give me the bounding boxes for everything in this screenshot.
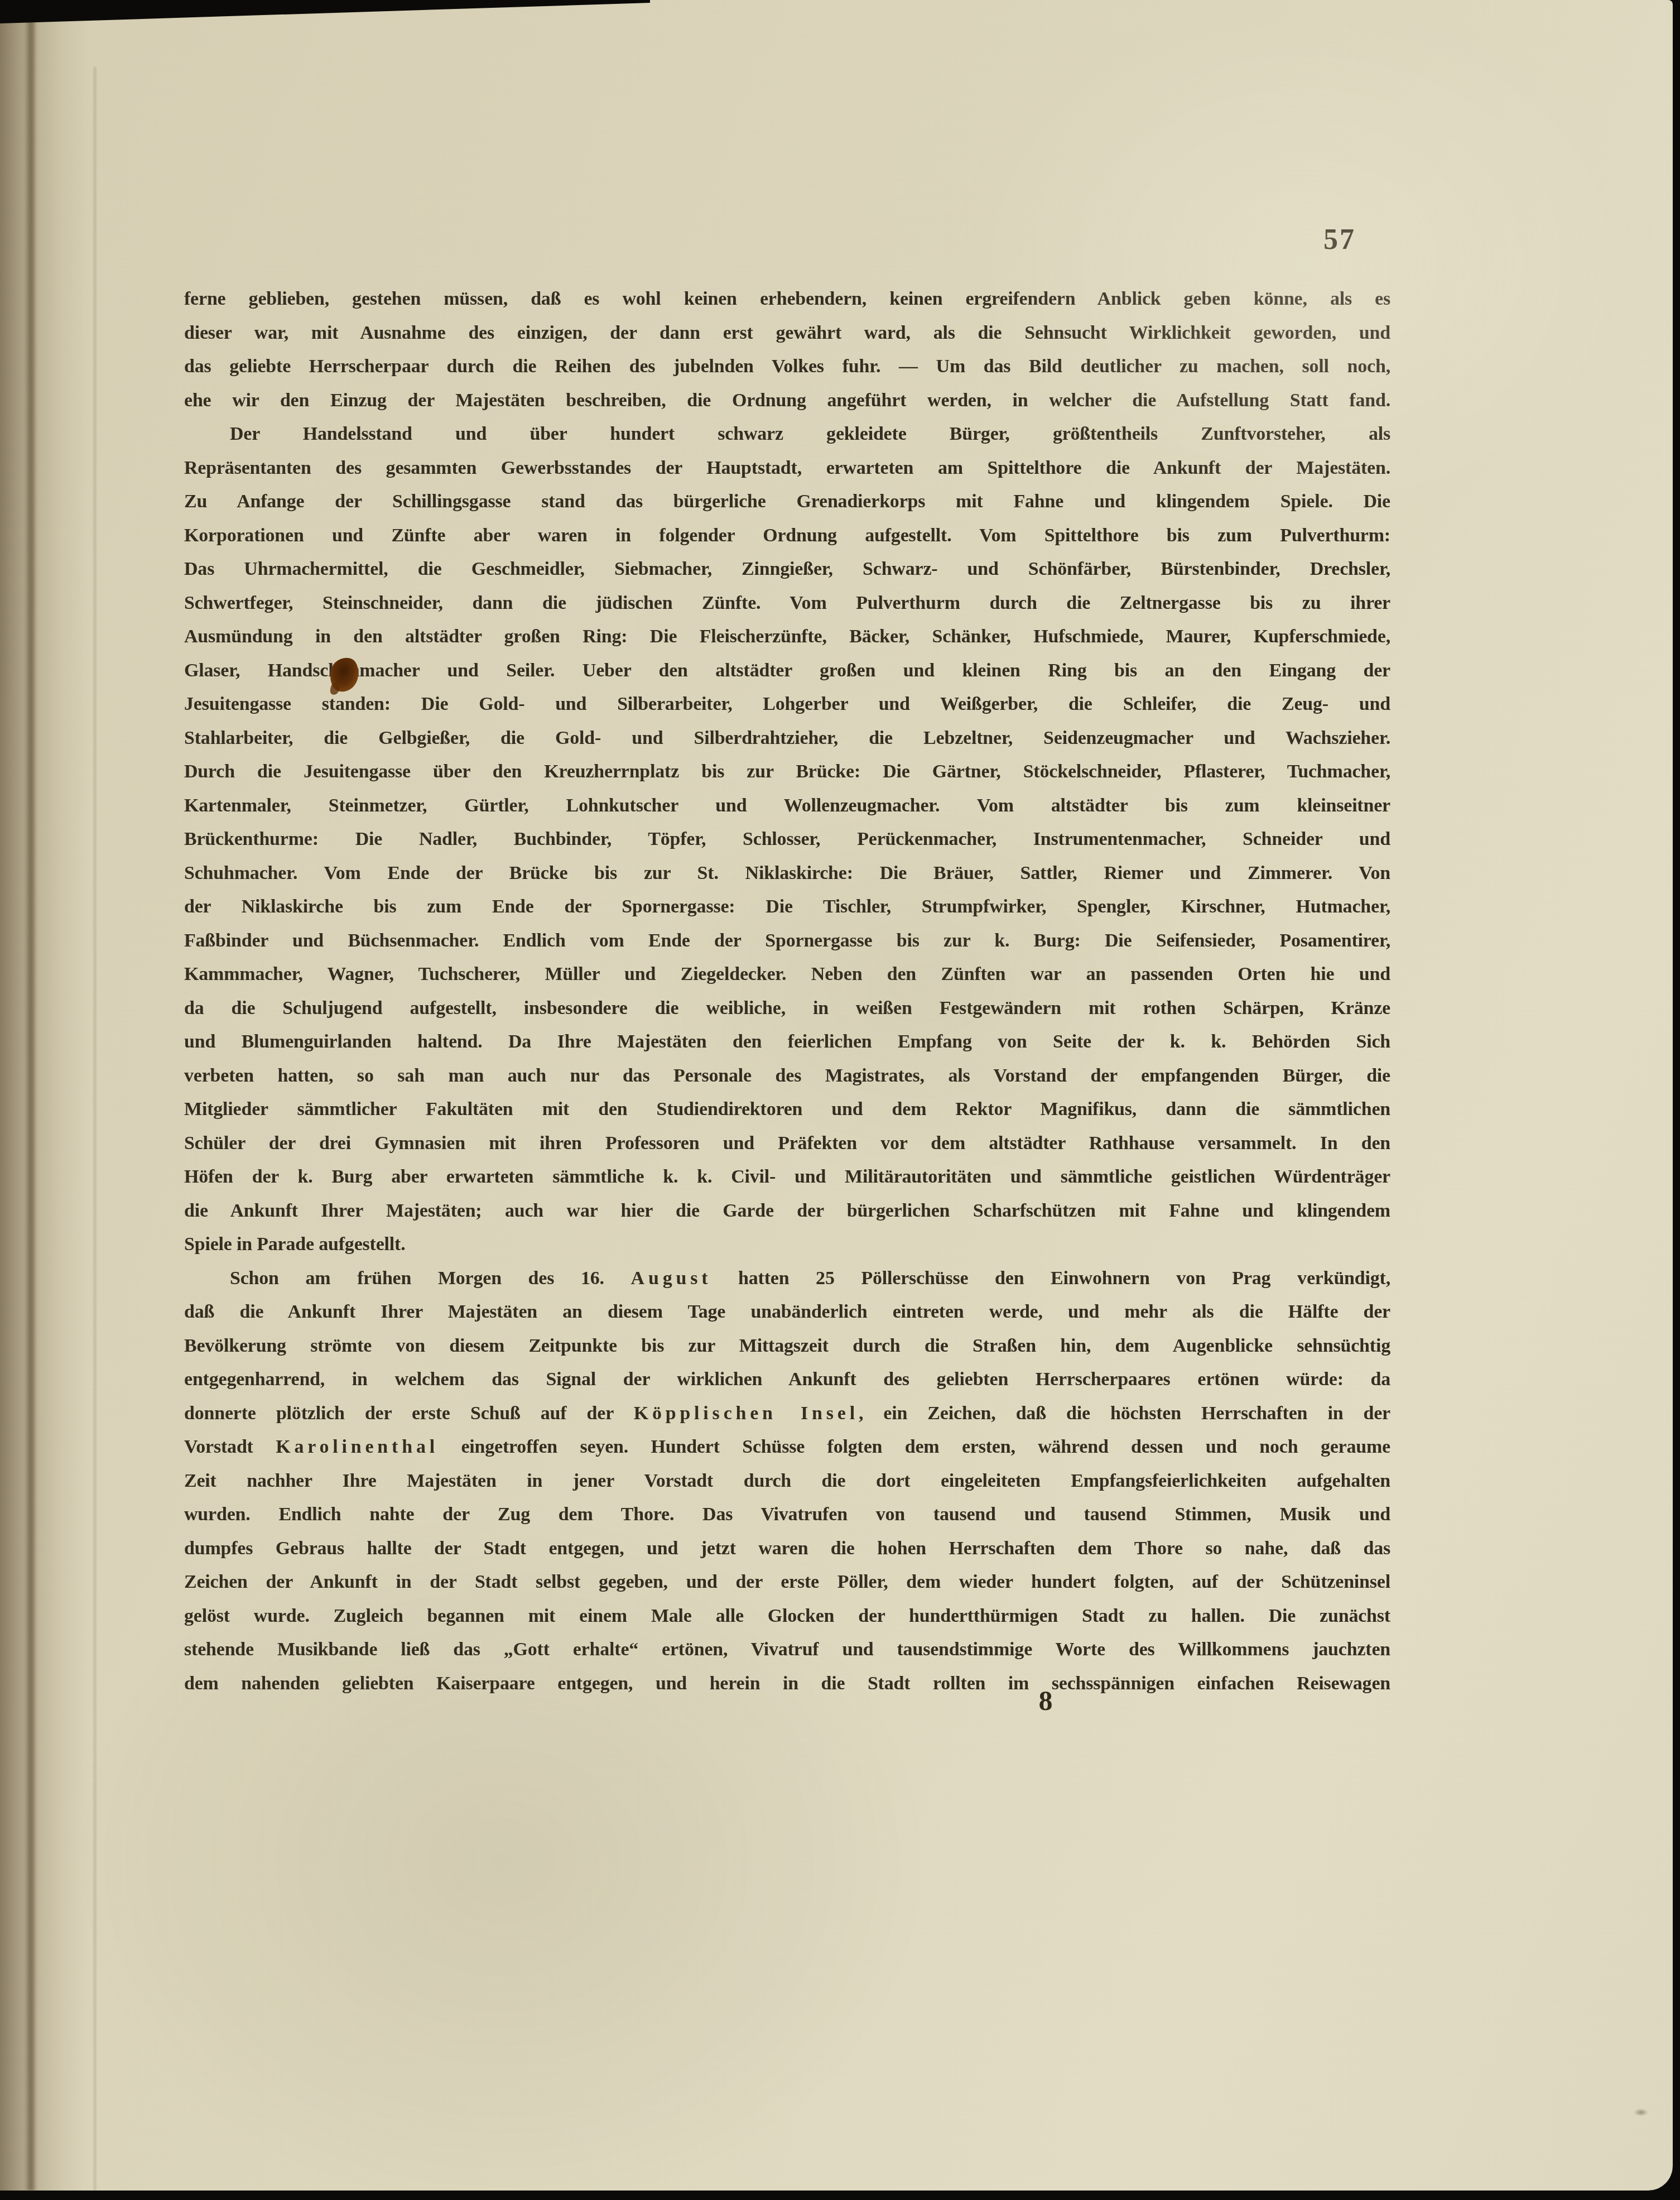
text-line: und Blumenguirlanden haltend. Da Ihre Ma…	[184, 1025, 1390, 1059]
text-line: Ausmündung in den altstädter großen Ring…	[184, 620, 1390, 654]
text-line: Jesuitengasse standen: Die Gold- und Sil…	[184, 688, 1390, 722]
text-line: Zeichen der Ankunft in der Stadt selbst …	[184, 1565, 1390, 1599]
text-line: gelöst wurde. Zugleich begannen mit eine…	[184, 1599, 1390, 1634]
text-line: Repräsentanten des gesammten Gewerbsstan…	[184, 451, 1390, 486]
text-line: Stahlarbeiter, die Gelbgießer, die Gold-…	[184, 722, 1390, 756]
text-line: donnerte plötzlich der erste Schuß auf d…	[184, 1397, 1390, 1431]
text-line: Glaser, Handschuhmacher und Seiler. Uebe…	[184, 654, 1390, 688]
text-line: Schon am frühen Morgen des 16. August ha…	[184, 1262, 1390, 1296]
text-line: Schuhmacher. Vom Ende der Brücke bis zur…	[184, 857, 1390, 891]
text-line: dem nahenden geliebten Kaiserpaare entge…	[184, 1667, 1390, 1701]
text-line: Mitglieder sämmtlicher Fakultäten mit de…	[184, 1093, 1390, 1127]
letterspaced-phrase: August	[631, 1268, 712, 1289]
paper-page: 57 ferne geblieben, gestehen müssen, daß…	[0, 0, 1673, 2191]
text-line: dieser war, mit Ausnahme des einzigen, d…	[184, 316, 1390, 350]
text-block: ferne geblieben, gestehen müssen, daß es…	[184, 282, 1390, 1701]
text-line: da die Schuljugend aufgestellt, insbeson…	[184, 992, 1390, 1026]
text-line: Schüler der drei Gymnasien mit ihren Pro…	[184, 1127, 1390, 1161]
text-line: stehende Musikbande ließ das „Gott erhal…	[184, 1633, 1390, 1667]
text-line: verbeten hatten, so sah man auch nur das…	[184, 1059, 1390, 1093]
text-line: Spiele in Parade aufgestellt.	[184, 1228, 1390, 1262]
signature-mark: 8	[1020, 1684, 1071, 1717]
letterspaced-phrase: Karolinenthal	[276, 1437, 439, 1457]
text-line: Brückenthurme: Die Nadler, Buchbinder, T…	[184, 823, 1390, 857]
text-line: Zeit nachher Ihre Majestäten in jener Vo…	[184, 1464, 1390, 1498]
text-line: Das Uhrmachermittel, die Geschmeidler, S…	[184, 553, 1390, 587]
binding-crease-secondary	[93, 67, 97, 2191]
text-line: Faßbinder und Büchsenmacher. Endlich vom…	[184, 924, 1390, 958]
text-line: daß die Ankunft Ihrer Majestäten an dies…	[184, 1295, 1390, 1329]
text-line: entgegenharrend, in welchem das Signal d…	[184, 1363, 1390, 1397]
text-line: der Niklaskirche bis zum Ende der Sporne…	[184, 890, 1390, 924]
text-line: Zu Anfange der Schillingsgasse stand das…	[184, 485, 1390, 519]
text-line: Durch die Jesuitengasse über den Kreuzhe…	[184, 755, 1390, 789]
letterspaced-phrase: Köpplischen Insel	[634, 1403, 859, 1424]
text-line: Korporationen und Zünfte aber waren in f…	[184, 519, 1390, 553]
paper-smudge	[1634, 2108, 1648, 2116]
text-line: Höfen der k. Burg aber erwarteten sämmtl…	[184, 1160, 1390, 1194]
text-line: ferne geblieben, gestehen müssen, daß es…	[184, 282, 1390, 316]
text-line: Kartenmaler, Steinmetzer, Gürtler, Lohnk…	[184, 789, 1390, 823]
text-line: Schwertfeger, Steinschneider, dann die j…	[184, 587, 1390, 621]
text-line: ehe wir den Einzug der Majestäten beschr…	[184, 384, 1390, 418]
text-line: wurden. Endlich nahte der Zug dem Thore.…	[184, 1498, 1390, 1532]
text-line: dumpfes Gebraus hallte der Stadt entgege…	[184, 1532, 1390, 1566]
text-line: Der Handelsstand und über hundert schwar…	[184, 417, 1390, 451]
text-line: Bevölkerung strömte von diesem Zeitpunkt…	[184, 1329, 1390, 1363]
binding-crease	[25, 0, 37, 2191]
text-line: Vorstadt Karolinenthal eingetroffen seye…	[184, 1430, 1390, 1464]
book-page-scan: 57 ferne geblieben, gestehen müssen, daß…	[0, 0, 1680, 2200]
page-number: 57	[1323, 223, 1379, 256]
binding-gutter-shadow	[0, 0, 89, 2191]
text-line: die Ankunft Ihrer Majestäten; auch war h…	[184, 1194, 1390, 1228]
text-line: das geliebte Herrscherpaar durch die Rei…	[184, 350, 1390, 384]
text-line: Kammmacher, Wagner, Tuchscherer, Müller …	[184, 958, 1390, 992]
